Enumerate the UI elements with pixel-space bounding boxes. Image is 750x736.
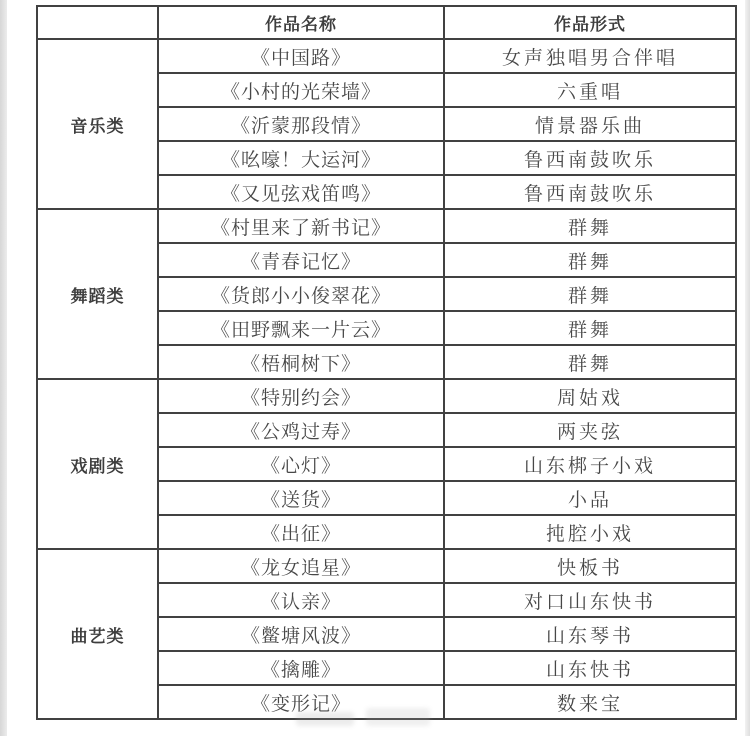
- work-title: 《出征》: [158, 515, 444, 549]
- work-form: 小品: [444, 481, 736, 515]
- work-form: 女声独唱男合伴唱: [444, 39, 736, 73]
- scan-edge-left: [0, 0, 7, 736]
- table-row: 音乐类 《中国路》 女声独唱男合伴唱: [37, 39, 736, 73]
- scan-edge-right: [745, 0, 750, 736]
- header-cell-title: 作品名称: [158, 6, 444, 39]
- work-title: 《青春记忆》: [158, 243, 444, 277]
- work-form: 山东快书: [444, 651, 736, 685]
- header-cell-form: 作品形式: [444, 6, 736, 39]
- work-title: 《田野飘来一片云》: [158, 311, 444, 345]
- table-header-row: 作品名称 作品形式: [37, 6, 736, 39]
- category-cell-dance: 舞蹈类: [37, 209, 158, 379]
- work-title: 《货郎小小俊翠花》: [158, 277, 444, 311]
- work-title: 《梧桐树下》: [158, 345, 444, 379]
- work-title: 《擒雕》: [158, 651, 444, 685]
- work-form: 情景器乐曲: [444, 107, 736, 141]
- work-title: 《鳖塘风波》: [158, 617, 444, 651]
- category-cell-music: 音乐类: [37, 39, 158, 209]
- work-title: 《又见弦戏笛鸣》: [158, 175, 444, 209]
- work-title: 《吆嚎！大运河》: [158, 141, 444, 175]
- work-form: 数来宝: [444, 685, 736, 719]
- work-title: 《送货》: [158, 481, 444, 515]
- work-title: 《认亲》: [158, 583, 444, 617]
- category-cell-quyi: 曲艺类: [37, 549, 158, 719]
- work-title: 《变形记》: [158, 685, 444, 719]
- work-form: 山东梆子小戏: [444, 447, 736, 481]
- work-form: 六重唱: [444, 73, 736, 107]
- work-title: 《龙女追星》: [158, 549, 444, 583]
- work-form: 对口山东快书: [444, 583, 736, 617]
- work-title: 《村里来了新书记》: [158, 209, 444, 243]
- work-form: 鲁西南鼓吹乐: [444, 141, 736, 175]
- work-title: 《小村的光荣墙》: [158, 73, 444, 107]
- work-title: 《沂蒙那段情》: [158, 107, 444, 141]
- work-form: 群舞: [444, 345, 736, 379]
- table-row: 戏剧类 《特别约会》 周姑戏: [37, 379, 736, 413]
- work-form: 群舞: [444, 277, 736, 311]
- work-form: 扽腔小戏: [444, 515, 736, 549]
- work-title: 《特别约会》: [158, 379, 444, 413]
- work-form: 两夹弦: [444, 413, 736, 447]
- work-form: 快板书: [444, 549, 736, 583]
- work-form: 群舞: [444, 209, 736, 243]
- work-form: 群舞: [444, 243, 736, 277]
- table-row: 舞蹈类 《村里来了新书记》 群舞: [37, 209, 736, 243]
- header-cell-category: [37, 6, 158, 39]
- work-title: 《公鸡过寿》: [158, 413, 444, 447]
- category-cell-drama: 戏剧类: [37, 379, 158, 549]
- work-form: 周姑戏: [444, 379, 736, 413]
- works-table: 作品名称 作品形式 音乐类 《中国路》 女声独唱男合伴唱 《小村的光荣墙》 六重…: [36, 5, 737, 720]
- table-row: 曲艺类 《龙女追星》 快板书: [37, 549, 736, 583]
- work-form: 山东琴书: [444, 617, 736, 651]
- work-title: 《心灯》: [158, 447, 444, 481]
- work-title: 《中国路》: [158, 39, 444, 73]
- work-form: 鲁西南鼓吹乐: [444, 175, 736, 209]
- work-form: 群舞: [444, 311, 736, 345]
